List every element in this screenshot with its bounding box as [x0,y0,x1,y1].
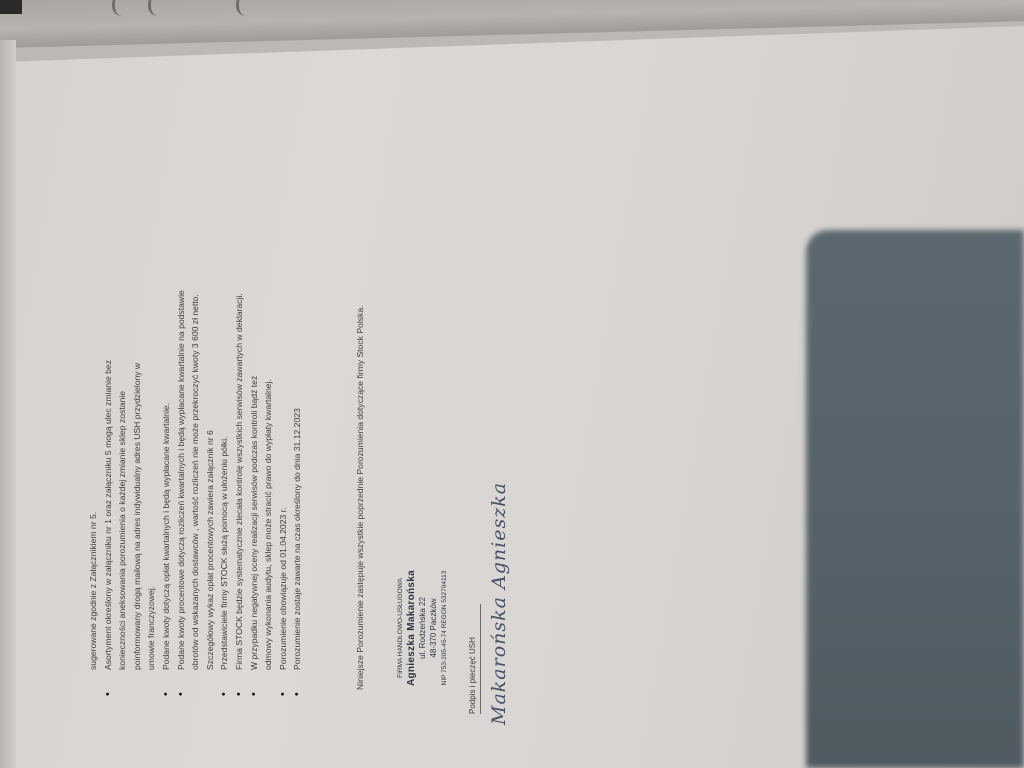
spacer [305,130,353,690]
list-item-text: odmowy wykonania audytu, sklep może stra… [261,130,276,670]
binder-ring [148,0,165,16]
list-item-text: W przypadku negatywnej oceny realizacji … [247,130,262,670]
list-item-text: Firma STOCK będzie systematycznie zlecał… [232,130,247,670]
binder-ring [112,0,129,16]
page-edge [0,40,16,768]
document-body: sugerowane zgodnie z Załącznikiem nr 5. … [86,130,368,690]
signature-label: Podpis i pieczęć USH [468,604,481,714]
stamp-owner-name: Agnieszka Makarońska [406,538,417,718]
list-item-text: Szczegółowy wykaz opłat procentowych zaw… [203,130,218,670]
terms-list: Asortyment określony w załączniku nr 1 o… [101,130,305,690]
handwritten-signature: Makarońska Agnieszka [488,482,510,725]
list-item-text: obrotów od wskazanych dostawców , wartoś… [188,130,203,670]
list-item: Podane kwoty dotyczą opłat kwartalnych i… [159,130,174,690]
list-item-text: Asortyment określony w załączniku nr 1 o… [101,130,116,670]
stamp-city: 48-370 Paczków [428,538,439,718]
list-item: Podane kwoty procentowe dotyczą rozlicze… [174,130,218,690]
list-item: Asortyment określony w załączniku nr 1 o… [101,130,159,690]
list-item-text: konieczności aneksowania porozumienia o … [115,130,130,670]
list-item: Firma STOCK będzie systematycznie zlecał… [232,130,247,690]
shadow-overlay [806,230,1024,768]
list-item-text: umowie franczyzowej. [144,130,159,670]
list-item-text: poinformowany drogą mailową na adres ind… [130,130,145,670]
list-item-text: Podane kwoty procentowe dotyczą rozlicze… [174,130,189,670]
stamp-tax-ids: NIP 753-205-45-74 REGON 532704113 [439,538,450,718]
intro-line: sugerowane zgodnie z Załącznikiem nr 5. [86,130,101,690]
list-item: W przypadku negatywnej oceny realizacji … [247,130,276,690]
list-item-text: Porozumienie obowiązuje od 01.04.2023 r. [276,130,291,670]
stamp-street: ul. Rodzeńska 22 [417,538,428,718]
list-item: Porozumienie zostaje zawarte na czas okr… [290,130,305,690]
binder-ring [236,0,253,16]
list-item-text: Podane kwoty dotyczą opłat kwartalnych i… [159,130,174,670]
closing-statement: Niniejsze Porozumienie zastępuje wszystk… [353,130,368,690]
list-item: Przedstawiciele firmy STOCK służą pomocą… [217,130,232,690]
background-corner [0,0,22,14]
company-stamp: FIRMA HANDLOWO-USŁUGOWA Agnieszka Makaro… [395,538,450,718]
list-item-text: Porozumienie zostaje zawarte na czas okr… [290,130,305,670]
list-item-text: Przedstawiciele firmy STOCK służą pomocą… [217,130,232,670]
stamp-company-type: FIRMA HANDLOWO-USŁUGOWA [395,538,406,718]
list-item: Porozumienie obowiązuje od 01.04.2023 r. [276,130,291,690]
